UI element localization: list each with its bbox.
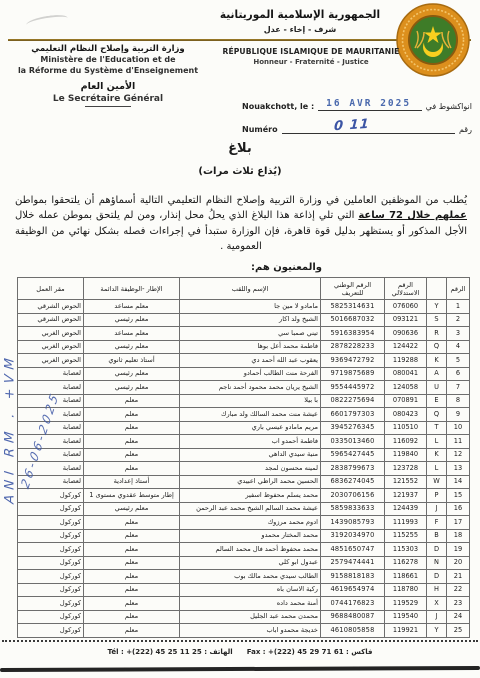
ref-cell: 124422 <box>385 340 427 354</box>
table-row: 6A0800419719875689الفرحة منت الطالب أحما… <box>18 367 470 381</box>
nid-cell: 5965427445 <box>321 448 385 462</box>
letter-cell: J <box>427 502 447 516</box>
cadre-cell: معلم <box>84 462 180 476</box>
cadre-cell: معلم رئيسي <box>84 502 180 516</box>
nid-cell: 6601797303 <box>321 408 385 422</box>
table-row: 17F1119931439085793ادوم محمد مرزوكمعلمكو… <box>18 516 470 530</box>
letter-cell: Y <box>427 300 447 314</box>
num-cell: 8 <box>447 394 470 408</box>
workplace-cell: لعصابة <box>18 435 84 449</box>
cadre-cell: معلم <box>84 624 180 638</box>
num-cell: 12 <box>447 448 470 462</box>
header-nid: الرقم الوطني للتعريف <box>321 278 385 300</box>
ref-cell: 118661 <box>385 570 427 584</box>
name-cell: عبدول ابو كلي <box>180 556 321 570</box>
table-row: 2S0931215016687032الشيخ ولد اكارمعلم رئي… <box>18 313 470 327</box>
name-cell: عيشة منت محمد السالك ولد مبارك <box>180 408 321 422</box>
num-cell: 13 <box>447 462 470 476</box>
name-cell: فاطمة أحمدو اب <box>180 435 321 449</box>
table-header-row: الرقم الرقم الاستدلالي الرقم الوطني للتع… <box>18 278 470 300</box>
place-label-fr: Nouakchott, le : <box>242 102 314 111</box>
nid-cell: 9688480087 <box>321 610 385 624</box>
workplace-cell: كوركول <box>18 543 84 557</box>
table-row: 5K1192889369472792يعقوب عبد الله أحمد دي… <box>18 354 470 368</box>
name-cell: أمنة محمد داده <box>180 597 321 611</box>
num-cell: 6 <box>447 367 470 381</box>
workplace-cell: كوركول <box>18 529 84 543</box>
table-row: 18B1152553192034970محمد المختار محمدومعل… <box>18 529 470 543</box>
name-cell: منية سيدي الداهي <box>180 448 321 462</box>
cadre-cell: معلم <box>84 583 180 597</box>
num-cell: 17 <box>447 516 470 530</box>
letter-cell: S <box>427 313 447 327</box>
table-row: 16J1244395859833633عيشة محمد السالم الشي… <box>18 502 470 516</box>
ref-cell: 110510 <box>385 421 427 435</box>
letter-cell: H <box>427 583 447 597</box>
table-row: 12K1198405965427445منية سيدي الداهيمعلمل… <box>18 448 470 462</box>
cadre-cell: معلم <box>84 394 180 408</box>
header-num: الرقم <box>447 278 470 300</box>
nid-cell: 9719875689 <box>321 367 385 381</box>
numero-line: Numéro 0 11 رقم <box>242 121 472 134</box>
name-cell: محمدن محمد عبد الجليل <box>180 610 321 624</box>
table-row: 13L1237282838799673لمينه محسون لمجدمعلمل… <box>18 462 470 476</box>
cadre-cell: معلم <box>84 529 180 543</box>
signature-underline <box>85 106 131 107</box>
header-letter <box>427 278 447 300</box>
communique-subtitle: (يُذاع ثلاث مرات) <box>0 166 480 177</box>
footer-contact: Tél : +(222) 45 25 11 25 : الهاتفFax : +… <box>0 648 480 656</box>
nid-cell: 0744176823 <box>321 597 385 611</box>
nid-cell: 9369472792 <box>321 354 385 368</box>
ref-cell: 119529 <box>385 597 427 611</box>
cadre-cell: معلم رئيسي <box>84 313 180 327</box>
nid-cell: 9554445972 <box>321 381 385 395</box>
name-cell: الفرحة منت الطالب أحمادو <box>180 367 321 381</box>
letter-cell: J <box>427 610 447 624</box>
num-cell: 9 <box>447 408 470 422</box>
letter-cell: N <box>427 556 447 570</box>
numero-value: 0 11 <box>333 117 370 135</box>
nid-cell: 3945276345 <box>321 421 385 435</box>
table-row: 19D1153034851650747محمد محفوظ أحمد فال م… <box>18 543 470 557</box>
name-cell: الحسين محمد الراظي اعبيدي <box>180 475 321 489</box>
cadre-cell: معلم <box>84 556 180 570</box>
table-row: 7U1240589554445972الشيخ يريان محمد محمود… <box>18 381 470 395</box>
nid-cell: 5016687032 <box>321 313 385 327</box>
cadre-cell: معلم <box>84 610 180 624</box>
republic-motto-fr: Honneur - Fraternité - Justice <box>222 58 400 66</box>
name-cell: ركية الاسان باه <box>180 583 321 597</box>
num-cell: 22 <box>447 583 470 597</box>
letter-cell: U <box>427 381 447 395</box>
name-cell: مامادو لا مين جا <box>180 300 321 314</box>
cadre-cell: معلم مساعد <box>84 327 180 341</box>
name-cell: الطالب سيدي محمد مالك بوب <box>180 570 321 584</box>
num-cell: 4 <box>447 340 470 354</box>
date-underline: 16 AVR 2025 <box>318 98 422 111</box>
cadre-cell: أستاذ إعدادية <box>84 475 180 489</box>
letter-cell: L <box>427 462 447 476</box>
name-cell: عيشة محمد السالم الشيخ محمد عبد الرحمن <box>180 502 321 516</box>
nid-cell: 0335013460 <box>321 435 385 449</box>
ref-cell: 121937 <box>385 489 427 503</box>
body-text-deadline: عملهم خلال 72 ساعة <box>358 210 467 221</box>
ref-cell: 093121 <box>385 313 427 327</box>
table-row: 14W1215526836274045الحسين محمد الراظي اع… <box>18 475 470 489</box>
header-workplace: مقر العمل <box>18 278 84 300</box>
letter-cell: Q <box>427 408 447 422</box>
name-cell: مريم مامادو عيسي باري <box>180 421 321 435</box>
letter-cell: K <box>427 448 447 462</box>
workplace-cell: كوركول <box>18 624 84 638</box>
cadre-cell: معلم رئيسي <box>84 340 180 354</box>
workplace-cell: الحوض الشرقي <box>18 300 84 314</box>
name-cell: لمينه محسون لمجد <box>180 462 321 476</box>
num-cell: 10 <box>447 421 470 435</box>
ref-cell: 111993 <box>385 516 427 530</box>
letter-cell: W <box>427 475 447 489</box>
ref-cell: 124058 <box>385 381 427 395</box>
nid-cell: 1439085793 <box>321 516 385 530</box>
cadre-cell: معلم <box>84 570 180 584</box>
pencil-smudge <box>25 13 68 29</box>
cadre-cell: معلم رئيسي <box>84 367 180 381</box>
numero-label-ar: رقم <box>459 125 472 134</box>
ref-cell: 115255 <box>385 529 427 543</box>
table-row: 9Q0804236601797303عيشة منت محمد السالك و… <box>18 408 470 422</box>
ref-cell: 090636 <box>385 327 427 341</box>
place-label-ar: انواكشوط في <box>426 102 472 111</box>
table-row: 10T1105103945276345مريم مامادو عيسي باري… <box>18 421 470 435</box>
cadre-cell: معلم <box>84 448 180 462</box>
letter-cell: B <box>427 529 447 543</box>
ref-cell: 119921 <box>385 624 427 638</box>
republic-title-ar: الجمهورية الإسلامية الموريتانية <box>180 9 420 22</box>
ref-cell: 119540 <box>385 610 427 624</box>
ref-cell: 116092 <box>385 435 427 449</box>
document-page: الجمهورية الإسلامية الموريتانية شرف - إخ… <box>0 0 480 678</box>
workplace-cell: لعصابة <box>18 367 84 381</box>
num-cell: 19 <box>447 543 470 557</box>
ministry-name-fr-line2: la Réforme du Système d'Enseignement <box>8 65 208 76</box>
letter-cell: L <box>427 435 447 449</box>
numero-label-fr: Numéro <box>242 125 278 134</box>
num-cell: 11 <box>447 435 470 449</box>
workplace-cell: كوركول <box>18 583 84 597</box>
nid-cell: 4610805858 <box>321 624 385 638</box>
nid-cell: 4619654974 <box>321 583 385 597</box>
body-text-before: يُطلب من الموظفين العاملين في وزارة التر… <box>15 195 467 206</box>
nid-cell: 6836274045 <box>321 475 385 489</box>
ref-cell: 124439 <box>385 502 427 516</box>
name-cell: الشيخ ولد اكار <box>180 313 321 327</box>
communique-body: يُطلب من الموظفين العاملين في وزارة التر… <box>15 193 467 254</box>
table-row: 1Y0760605825314631مامادو لا مين جامعلم م… <box>18 300 470 314</box>
name-cell: ادوم محمد مرزوك <box>180 516 321 530</box>
staff-table: الرقم الرقم الاستدلالي الرقم الوطني للتع… <box>17 277 470 638</box>
workplace-cell: كوركول <box>18 610 84 624</box>
cadre-cell: معلم <box>84 435 180 449</box>
num-cell: 1 <box>447 300 470 314</box>
nid-cell: 2579474441 <box>321 556 385 570</box>
cadre-cell: إطار متوسط عقدوي مستوى 1 <box>84 489 180 503</box>
ref-cell: 116278 <box>385 556 427 570</box>
num-cell: 3 <box>447 327 470 341</box>
workplace-cell: كوركول <box>18 597 84 611</box>
ministry-name-fr-line1: Ministère de l'Education et de <box>8 54 208 65</box>
ref-cell: 115303 <box>385 543 427 557</box>
numero-underline: 0 11 <box>282 121 455 134</box>
name-cell: محمد المختار محمدو <box>180 529 321 543</box>
name-cell: خديجة محمدو اباب <box>180 624 321 638</box>
nid-cell: 2030706156 <box>321 489 385 503</box>
workplace-cell: الحوض الغربي <box>18 327 84 341</box>
nid-cell: 0822275694 <box>321 394 385 408</box>
workplace-cell: كوركول <box>18 570 84 584</box>
table-row: 25Y1199214610805858خديجة محمدو ابابمعلمك… <box>18 624 470 638</box>
num-cell: 18 <box>447 529 470 543</box>
cadre-cell: معلم <box>84 421 180 435</box>
table-row: 3R0906365916383954تيني صمبا سيمعلم مساعد… <box>18 327 470 341</box>
letter-cell: D <box>427 570 447 584</box>
republic-motto-ar: شرف - إخاء - عدل <box>180 25 420 34</box>
header-cadre: الإطار -الوظيفة الدائمة <box>84 278 180 300</box>
letter-cell: P <box>427 489 447 503</box>
cadre-cell: معلم <box>84 543 180 557</box>
header-name: الإسم واللقب <box>180 278 321 300</box>
letter-cell: Q <box>427 340 447 354</box>
name-cell: تيني صمبا سي <box>180 327 321 341</box>
ref-cell: 118780 <box>385 583 427 597</box>
footer-bottom-bar <box>0 666 480 672</box>
cadre-cell: معلم <box>84 597 180 611</box>
footer-tel: Tél : +(222) 45 25 11 25 : الهاتف <box>108 648 233 656</box>
ministry-name-ar: وزارة التربية وإصلاح النظام التعليمي <box>8 44 208 54</box>
nid-cell: 9158818183 <box>321 570 385 584</box>
name-cell: فاطمة محمد أعل بوها <box>180 340 321 354</box>
table-body: 1Y0760605825314631مامادو لا مين جامعلم م… <box>18 300 470 638</box>
letter-cell: X <box>427 597 447 611</box>
ministry-block: وزارة التربية وإصلاح النظام التعليمي Min… <box>8 44 208 107</box>
table-row: 21D1186619158818183الطالب سيدي محمد مالك… <box>18 570 470 584</box>
ref-cell: 119840 <box>385 448 427 462</box>
footer-fax: Fax : +(222) 45 29 71 61 : فاكس <box>247 648 373 656</box>
ref-cell: 121552 <box>385 475 427 489</box>
table-row: 23X1195290744176823أمنة محمد دادهمعلمكور… <box>18 597 470 611</box>
letter-cell: K <box>427 354 447 368</box>
workplace-cell: كوركول <box>18 516 84 530</box>
num-cell: 16 <box>447 502 470 516</box>
nid-cell: 2838799673 <box>321 462 385 476</box>
nid-cell: 4851650747 <box>321 543 385 557</box>
num-cell: 23 <box>447 597 470 611</box>
num-cell: 24 <box>447 610 470 624</box>
nid-cell: 3192034970 <box>321 529 385 543</box>
num-cell: 15 <box>447 489 470 503</box>
name-cell: محمد يسلم محفوظ اسفير <box>180 489 321 503</box>
num-cell: 7 <box>447 381 470 395</box>
national-emblem-icon <box>395 2 471 78</box>
table-row: 22H1187804619654974ركية الاسان باهمعلمكو… <box>18 583 470 597</box>
workplace-cell: الحوض الشرقي <box>18 313 84 327</box>
table-row: 4Q1244222878228233فاطمة محمد أعل بوهامعل… <box>18 340 470 354</box>
table-row: 8E0708910822275694با بيلامعلملعصابة <box>18 394 470 408</box>
cadre-cell: معلم مساعد <box>84 300 180 314</box>
secretary-general-ar: الأمين العام <box>8 81 208 92</box>
name-cell: الشيخ يريان محمد محمود أحمد ناجم <box>180 381 321 395</box>
workplace-cell: كوركول <box>18 502 84 516</box>
num-cell: 2 <box>447 313 470 327</box>
nid-cell: 5825314631 <box>321 300 385 314</box>
num-cell: 14 <box>447 475 470 489</box>
table-row: 24J1195409688480087محمدن محمد عبد الجليل… <box>18 610 470 624</box>
table-row: 11L1160920335013460فاطمة أحمدو ابمعلملعص… <box>18 435 470 449</box>
letter-cell: Y <box>427 624 447 638</box>
letter-cell: D <box>427 543 447 557</box>
ref-cell: 076060 <box>385 300 427 314</box>
header-ref: الرقم الاستدلالي <box>385 278 427 300</box>
ref-cell: 119288 <box>385 354 427 368</box>
num-cell: 21 <box>447 570 470 584</box>
table-row: 20N1162782579474441عبدول ابو كليمعلمكورك… <box>18 556 470 570</box>
ref-cell: 080041 <box>385 367 427 381</box>
ref-cell: 123728 <box>385 462 427 476</box>
ref-cell: 080423 <box>385 408 427 422</box>
name-cell: با بيلا <box>180 394 321 408</box>
nid-cell: 5859833633 <box>321 502 385 516</box>
workplace-cell: كوركول <box>18 556 84 570</box>
letter-cell: R <box>427 327 447 341</box>
date-line: Nouakchott, le : 16 AVR 2025 انواكشوط في <box>242 98 472 111</box>
letter-cell: E <box>427 394 447 408</box>
name-cell: يعقوب عبد الله أحمد دي <box>180 354 321 368</box>
cadre-cell: معلم <box>84 516 180 530</box>
num-cell: 5 <box>447 354 470 368</box>
letter-cell: A <box>427 367 447 381</box>
cadre-cell: أستاذ تعليم ثانوي <box>84 354 180 368</box>
table-row: 15P1219372030706156محمد يسلم محفوظ اسفير… <box>18 489 470 503</box>
letter-cell: F <box>427 516 447 530</box>
nid-cell: 5916383954 <box>321 327 385 341</box>
nid-cell: 2878228233 <box>321 340 385 354</box>
ref-cell: 070891 <box>385 394 427 408</box>
secretary-general-fr: Le Secrétaire Général <box>8 94 208 104</box>
name-cell: محمد محفوظ أحمد فال محمد السالم <box>180 543 321 557</box>
num-cell: 20 <box>447 556 470 570</box>
date-stamp: 16 AVR 2025 <box>326 98 411 109</box>
republic-title-fr: RÉPUBLIQUE ISLAMIQUE DE MAURITANIE <box>222 47 400 56</box>
num-cell: 25 <box>447 624 470 638</box>
concerned-line: والمعنيون هم: <box>251 262 322 273</box>
footer-dotted-rule <box>2 640 478 642</box>
communique-title: بلاغ <box>0 141 480 156</box>
cadre-cell: معلم <box>84 408 180 422</box>
cadre-cell: معلم رئيسي <box>84 381 180 395</box>
letter-cell: T <box>427 421 447 435</box>
